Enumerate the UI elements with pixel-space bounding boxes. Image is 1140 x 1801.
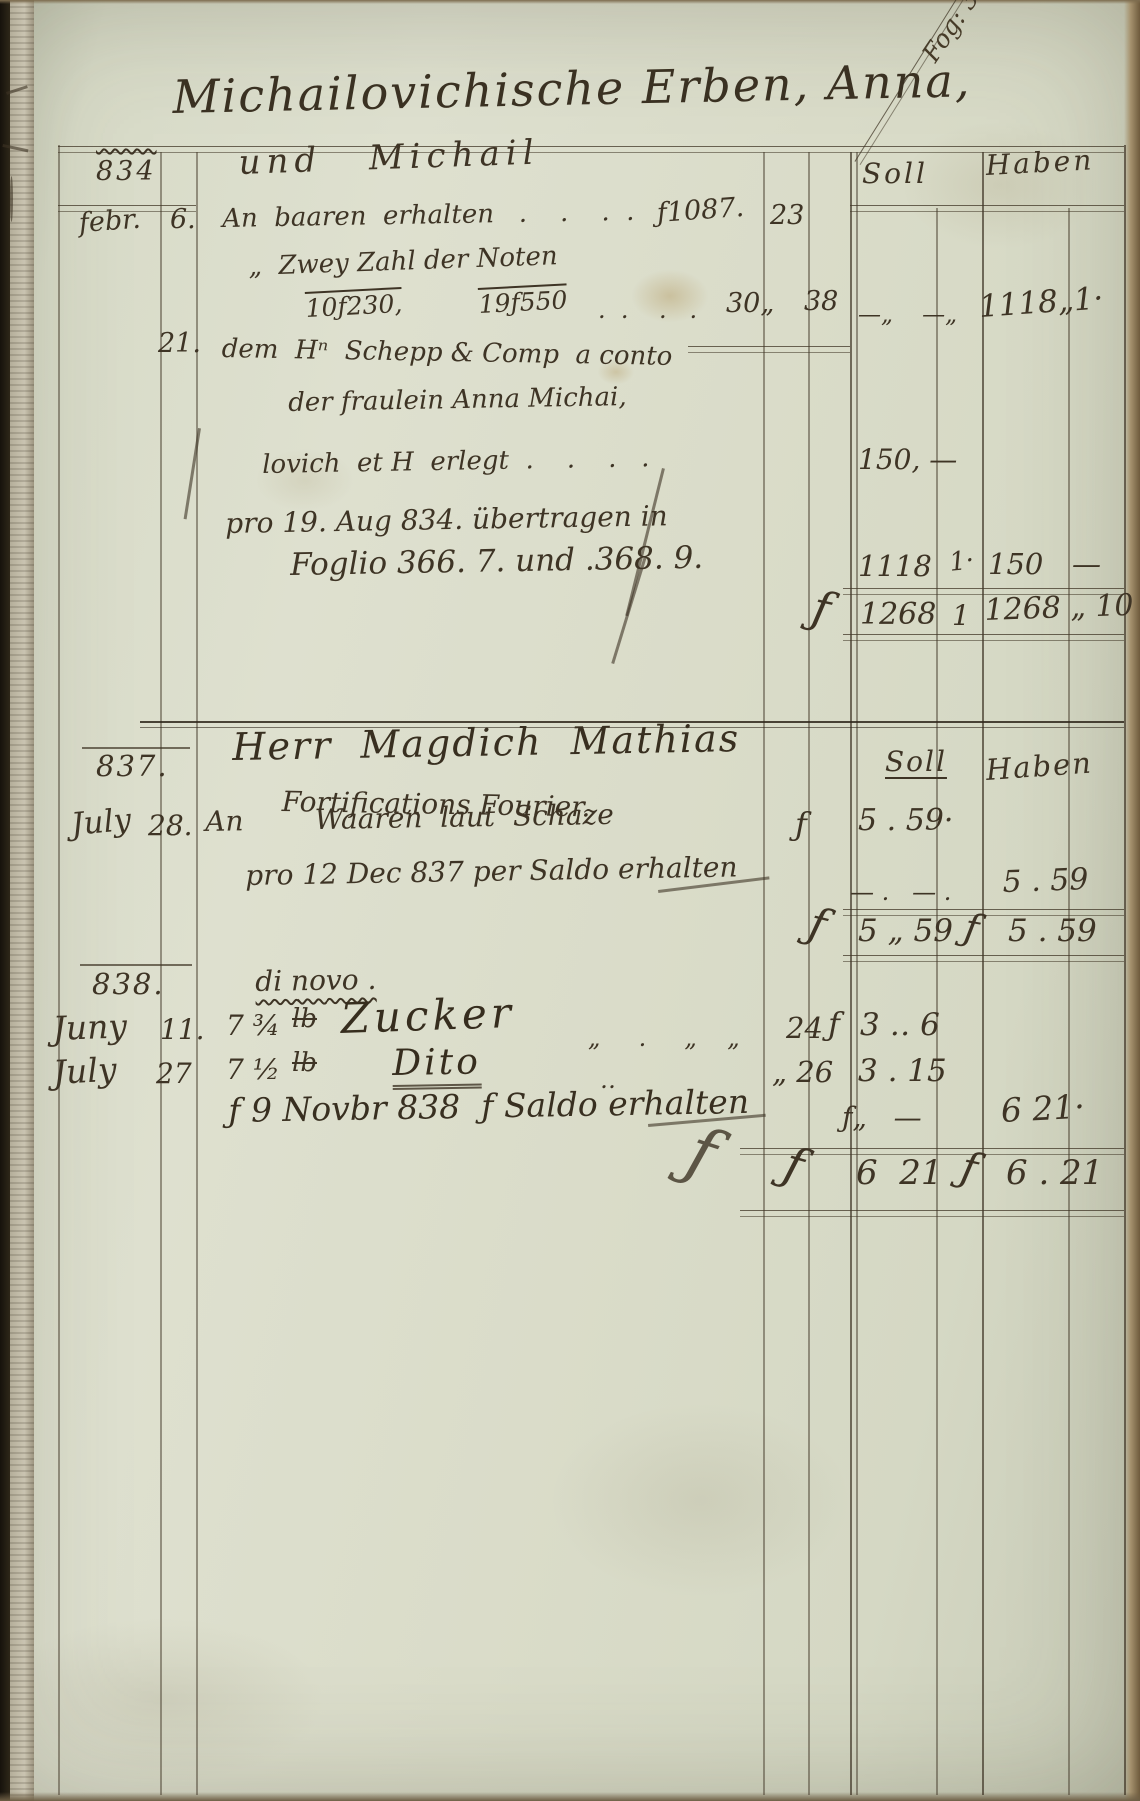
column-header-haben: Haben xyxy=(985,146,1095,180)
entry-dots: . . . . xyxy=(598,298,697,322)
total-soll-amount: 5 „ 59 xyxy=(858,916,953,947)
page-right-edge xyxy=(1124,0,1140,1801)
reference-number: „ 26 xyxy=(772,1058,833,1087)
carry-forward-text: pro 19. Aug 834. übertragen in xyxy=(225,502,668,538)
haben-amount: 1118„1· xyxy=(978,283,1104,323)
soll-amount-dashes: — . — . xyxy=(850,880,951,904)
quantity: 7 ¾ xyxy=(226,1012,280,1040)
book-binding-edge xyxy=(0,0,10,1801)
entry-day: 21. xyxy=(158,330,201,357)
ruled-line-horizontal xyxy=(688,346,850,353)
total-haben-amount: 1268 „ 10 xyxy=(984,591,1134,626)
soll-amount: 150, — xyxy=(858,446,957,474)
haben-amount: 6 21· xyxy=(1000,1090,1086,1127)
edge-ink-mark xyxy=(10,176,13,222)
soll-amount: 3 . 15 xyxy=(858,1056,947,1087)
column-header-soll: Soll xyxy=(885,748,947,776)
ruled-line-vertical xyxy=(1068,208,1070,1795)
ruled-line-vertical xyxy=(982,152,984,1795)
total-haben-amount: 6 . 21 xyxy=(1006,1156,1103,1190)
entry-month: July xyxy=(52,1053,117,1089)
entry-text: „ Zwey Zahl der Noten xyxy=(248,243,558,280)
soll-amount-dashes: ƒ„ — xyxy=(842,1104,922,1132)
total-haben-amount: 5 . 59 xyxy=(1008,916,1097,947)
entry-dots: „ . „ „ xyxy=(588,1026,740,1050)
entry-month: Juny xyxy=(52,1009,127,1045)
entry-day: 28. xyxy=(148,812,193,840)
soll-amount-florin: 1118 xyxy=(858,552,932,581)
soll-amount: 3 ‥ 6 xyxy=(860,1010,940,1041)
entry-text: dem Hⁿ Schepp & Comp a conto xyxy=(222,336,673,370)
ruled-line-vertical xyxy=(1124,145,1126,1795)
ruled-line-vertical xyxy=(58,145,60,1795)
ink-flourish xyxy=(184,428,201,519)
haben-amount-florin: 150 xyxy=(988,550,1043,579)
ruled-line-horizontal xyxy=(740,1210,1124,1217)
year-label-838: 838. xyxy=(92,970,165,999)
ruled-line-vertical xyxy=(856,152,858,1795)
total-soll-florin: 1268 xyxy=(860,600,936,630)
column-header-haben: Haben xyxy=(985,749,1094,785)
item-name: Zucker xyxy=(340,992,516,1040)
di-novo-label: di novo . xyxy=(255,966,377,996)
ruled-line-horizontal xyxy=(850,205,1124,212)
florin-sign: ƒ xyxy=(828,1008,840,1040)
pound-symbol: lb xyxy=(292,1006,317,1032)
ruled-line-vertical xyxy=(850,152,852,1795)
reference-number: 24 xyxy=(786,1014,823,1043)
entry-note-fraction: 19ƒ550 xyxy=(478,287,568,317)
ruled-line-horizontal xyxy=(843,955,1124,962)
haben-amount: 5 . 59 xyxy=(1002,865,1089,898)
ruled-line-horizontal xyxy=(58,146,1124,153)
amount-subcol-florin: ƒ1087. xyxy=(656,194,745,227)
entry-text: der fraulein Anna Michai, xyxy=(288,384,627,416)
page-bottom-edge xyxy=(0,1792,1140,1801)
ruled-line-vertical xyxy=(808,152,810,1795)
ledger-page: Fog: 337 Michailovichische Erben, Anna, … xyxy=(0,0,1140,1801)
saldo-text: ƒ 9 Novbr 838 ƒ Saldo erhalten xyxy=(228,1085,749,1127)
page-stack-edge xyxy=(10,0,34,1801)
ruled-line-vertical xyxy=(763,152,765,1795)
page-title: Michailovichische Erben, Anna, xyxy=(172,57,972,120)
total-florin-sign: ƒ xyxy=(808,584,834,633)
year-label-834: 834 xyxy=(96,158,157,185)
entry-text: lovich et H erlegt . . . . xyxy=(262,445,650,478)
amount-subcol-kreuzer: 23 xyxy=(770,202,804,229)
account-subtitle: und Michail xyxy=(238,135,540,179)
amount-subcol-florin: 30„ xyxy=(726,290,774,317)
entry-day: 11. xyxy=(160,1016,205,1044)
entry-month: July xyxy=(70,805,132,841)
pound-symbol: lb xyxy=(292,1050,317,1076)
quantity: 7 ½ xyxy=(226,1056,280,1084)
soll-amount-kreuzer: 1· xyxy=(948,547,975,575)
account-name: Herr Magdich Mathias xyxy=(232,719,740,766)
entry-text: An baaren erhalten . . . . xyxy=(222,199,635,232)
ruled-line-vertical xyxy=(196,152,198,1795)
soll-amount-dashes: —„ —„ xyxy=(858,304,957,327)
entry-note-fraction: 10ƒ230, xyxy=(305,291,403,321)
year-label-837: 837. xyxy=(96,752,169,781)
saldo-text: pro 12 Dec 837 per Saldo erhalten xyxy=(245,853,738,890)
ruled-line-horizontal xyxy=(843,634,1124,641)
entry-text: An Waaren laut Schaze xyxy=(205,801,614,836)
column-header-soll: Soll xyxy=(862,160,928,188)
entry-day: 27 xyxy=(156,1060,192,1088)
total-soll-kreuzer: 1 xyxy=(952,602,970,630)
haben-amount-kreuzer: — xyxy=(1072,550,1101,579)
entry-month: febr. xyxy=(78,206,142,237)
florin-sign: ƒ xyxy=(795,808,807,840)
soll-amount: 5 . 59· xyxy=(858,806,953,836)
year-overline xyxy=(80,964,192,966)
amount-subcol-kreuzer: 38 xyxy=(804,288,838,315)
entry-day: 6. xyxy=(170,206,196,233)
item-name-ditto: Dito xyxy=(392,1044,481,1090)
ink-flourish-florin: ƒ xyxy=(679,1118,724,1190)
total-soll-amount: 6 21 xyxy=(856,1156,943,1190)
